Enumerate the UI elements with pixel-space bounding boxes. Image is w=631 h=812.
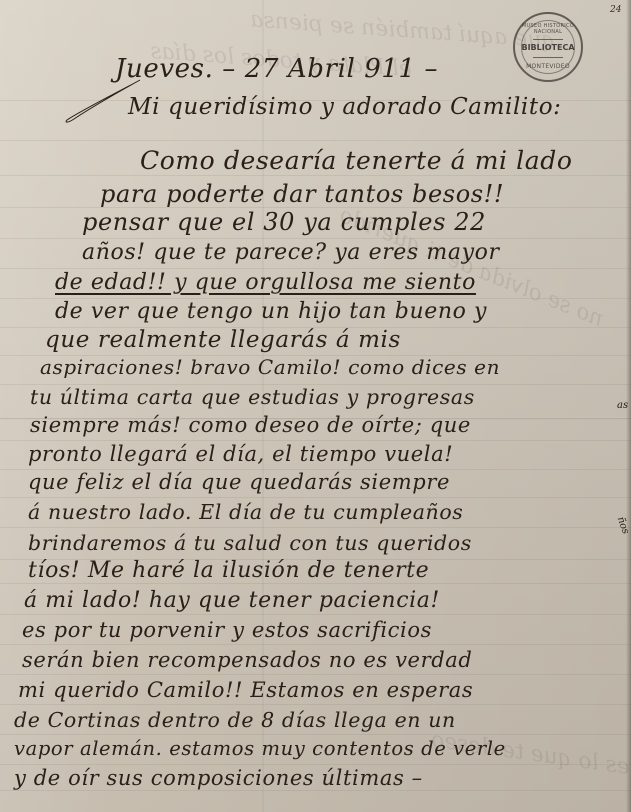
letter-line: que realmente llegarás á mis bbox=[45, 327, 401, 353]
letter-line: aspiraciones! bravo Camilo! como dices e… bbox=[40, 355, 500, 379]
ruled-line bbox=[0, 614, 631, 615]
bleed-through-text: que aquí también se piensa bbox=[250, 7, 557, 53]
letter-date: Jueves. – 27 Abril 911 – bbox=[115, 54, 438, 84]
ruled-line bbox=[0, 140, 631, 141]
stamp-center-text: BIBLIOTECA bbox=[515, 43, 581, 52]
letter-salutation: Mi queridísimo y adorado Camilito: bbox=[128, 94, 562, 120]
letter-line: de edad!! y que orgullosa me siento bbox=[55, 270, 476, 295]
letter-line: de Cortinas dentro de 8 días llega en un bbox=[14, 708, 456, 732]
stamp-divider bbox=[533, 57, 563, 58]
letter-line: que feliz el día que quedarás siempre bbox=[28, 470, 450, 494]
letter-line: tíos! Me haré la ilusión de tenerte bbox=[28, 558, 429, 583]
stamp-bottom-text: MONTEVIDEO bbox=[515, 63, 581, 70]
letter-line-text: años! que te parece? ya eres mayor bbox=[82, 240, 500, 265]
letter-line: á nuestro lado. El día de tu cumpleaños bbox=[28, 500, 463, 524]
letter-line: serán bien recompensados no es verdad bbox=[22, 648, 472, 672]
page-number: 24 bbox=[610, 5, 621, 15]
letter-line: pensar que el 30 ya cumples 22 bbox=[82, 208, 486, 236]
letter-line: á mi lado! hay que tener paciencia! bbox=[24, 588, 440, 613]
flourish-icon bbox=[62, 75, 142, 125]
letter-line: es por tu porvenir y estos sacrificios bbox=[22, 618, 432, 642]
letter-line: y de oír sus composiciones últimas – bbox=[14, 766, 423, 790]
letter-page: que aquí también se piensa el Plata y to… bbox=[0, 0, 631, 812]
letter-line: brindaremos á tu salud con tus queridos bbox=[28, 531, 472, 555]
letter-line: de ver que tengo un hijo tan bueno y bbox=[55, 299, 487, 324]
letter-line: vapor alemán. estamos muy contentos de v… bbox=[14, 737, 506, 760]
letter-line: Como desearía tenerte á mi lado bbox=[140, 146, 573, 175]
ruled-line bbox=[0, 790, 631, 791]
ruled-line bbox=[0, 440, 631, 441]
ruled-line bbox=[0, 644, 631, 645]
letter-line: tu última carta que estudias y progresas bbox=[30, 385, 475, 409]
letter-line: pronto llegará el día, el tiempo vuela! bbox=[28, 442, 453, 466]
letter-line: mi querido Camilo!! Estamos en esperas bbox=[18, 678, 473, 702]
ruled-line bbox=[0, 497, 631, 498]
margin-note: as bbox=[617, 400, 628, 411]
letter-line: años! que te parece? ya eres mayor bbox=[82, 240, 500, 265]
letter-line: para poderte dar tantos besos!! bbox=[100, 180, 504, 208]
stamp-divider bbox=[533, 39, 563, 40]
letter-line: siempre más! como deseo de oírte; que bbox=[30, 413, 471, 437]
ruled-line bbox=[0, 268, 631, 269]
ruled-line bbox=[0, 674, 631, 675]
ruled-line bbox=[0, 175, 631, 176]
archive-stamp: MUSEO HISTÓRICO NACIONAL BIBLIOTECA MONT… bbox=[513, 12, 583, 82]
stamp-top-text: MUSEO HISTÓRICO NACIONAL bbox=[515, 23, 581, 35]
ruled-line bbox=[0, 704, 631, 705]
ruled-line bbox=[0, 734, 631, 735]
ruled-line bbox=[0, 527, 631, 528]
ruled-line bbox=[0, 583, 631, 584]
ruled-line bbox=[0, 238, 631, 239]
